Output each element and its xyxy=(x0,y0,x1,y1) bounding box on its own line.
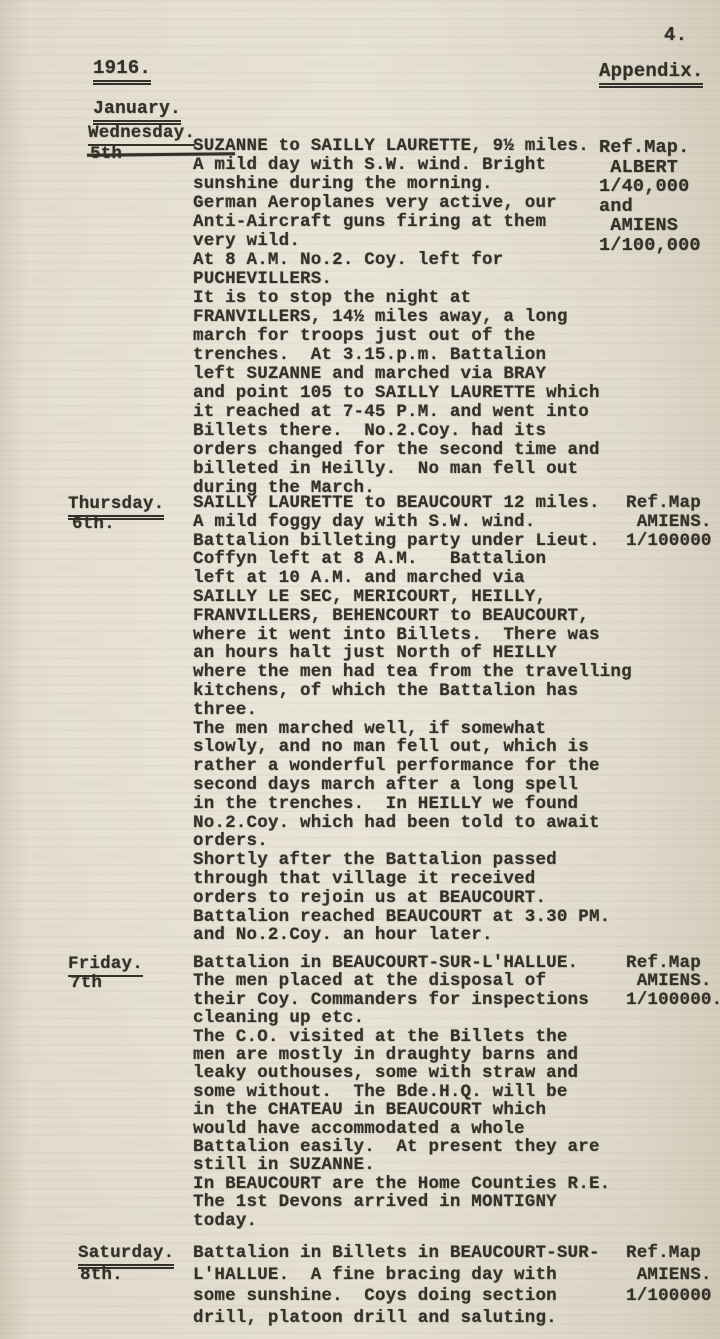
appendix-heading: Appendix. xyxy=(599,60,703,88)
entry-date-label: 5th xyxy=(90,144,122,164)
entry-day-label: Wednesday. xyxy=(88,123,195,146)
year-heading: 1916. xyxy=(93,57,151,85)
entry-body-text: SUZANNE to SAILLY LAURETTE, 9½ miles. A … xyxy=(193,137,600,498)
entry-map-ref: Ref.Map AMIENS. 1/100000. xyxy=(626,954,720,1009)
month-heading: January. xyxy=(93,99,181,125)
war-diary-page: 4. 1916. Appendix. January. Wednesday. 5… xyxy=(0,0,720,1339)
entry-map-ref: Ref.Map AMIENS. 1/100000 xyxy=(626,1243,712,1308)
page-number: 4. xyxy=(664,24,687,46)
entry-date-label: 6th. xyxy=(72,514,115,534)
entry-date-label: 7th xyxy=(70,973,102,993)
entry-map-ref: Ref.Map. ALBERT 1/40,000 and AMIENS 1/10… xyxy=(599,138,701,255)
entry-date-label: 8th. xyxy=(80,1265,123,1285)
entry-body-text: Battalion in Billets in BEAUCOURT-SUR- L… xyxy=(193,1243,600,1329)
entry-map-ref: Ref.Map AMIENS. 1/100000 xyxy=(626,494,712,550)
entry-body-text: Battalion in BEAUCOURT-SUR-L'HALLUE. The… xyxy=(193,954,610,1230)
entry-body-text: SAILLY LAURETTE to BEAUCOURT 12 miles. A… xyxy=(193,494,632,945)
